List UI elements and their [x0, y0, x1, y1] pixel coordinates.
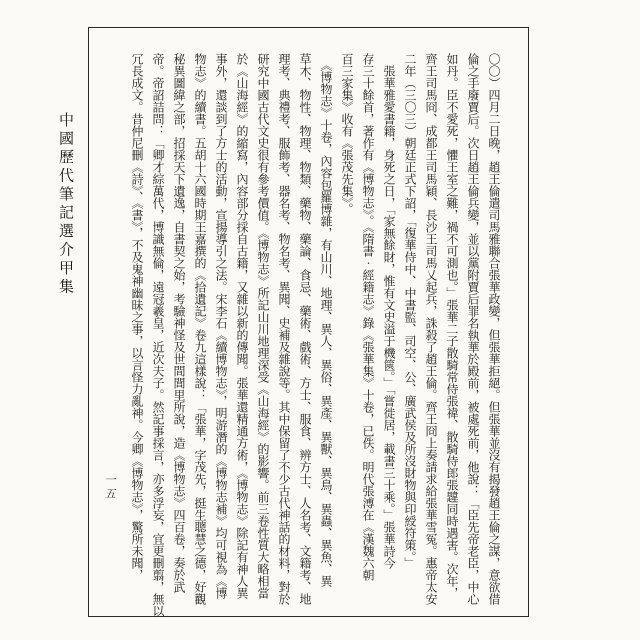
text-column: 《博物志》十卷，內容包羅博雜，有山川、地理、異人、異俗、異產、異獸、異鳥、異蟲、…	[315, 53, 336, 613]
text-column: 倫之手廢賈后。次日趙王倫兵變，並以黨附賈后罪名執華於殿前，被處死前，他說：「臣先…	[462, 53, 483, 613]
text-column: 冗長成文。昔仲尼刪《詩》、《書》，不及鬼神幽昧之事，以言怪力亂神。今卿《博物志》…	[126, 53, 147, 613]
text-column: 事外，還談到了方士的活動，宣揚導引之法。宋李石《續博物志》，明游潛的《博物志補》…	[210, 53, 231, 613]
text-column: 物志》的續書。五胡十六國時期王嘉撰的《拾遺記》卷九這樣說：「張華，字茂先，挺生聰…	[189, 53, 210, 613]
text-column: 張華雅愛書籍，身死之日，「家無餘財，惟有文史溢于機篋。」「嘗徙居，載書三十乘。」…	[378, 53, 399, 613]
text-column: 理考、典禮考、服飾考、器名考、物名考、異聞、史補及雜說等。其中保留了不少古代神話…	[273, 53, 294, 613]
text-column: 於《山海經》的縮寫，內容部分採自古籍，又雜以新的傳聞。張華還精通方術，《博物志》…	[231, 53, 252, 613]
book-title: 中國歷代筆記選介甲集	[55, 112, 76, 297]
text-column: 秘異圖緯之部，招採天下遺逸，自書契之始，考驗神怪及世間閭里所說，造《博物志》四百…	[168, 53, 189, 613]
text-column: 帝。帝詔詰問：「卿才綜萬代，博識無倫，遠冠羲皇，近次夫子。然記事採言，亦多浮妄，…	[147, 53, 168, 613]
text-column: 如丹。臣不愛死，懼王室之難，禍不可測也。」張華二子散騎常侍張禕、散騎侍郎張韙同時…	[441, 53, 462, 613]
text-column: 齊王司馬冏、成都王司馬穎、長沙王司馬乂起兵，誅殺了趙王倫。齊王冏上奏請求給張華雪…	[420, 53, 441, 613]
main-text-block: 〇〇）四月二日晚，趙王倫遣司馬雅聯合張華政變，但張華拒絕。但張華並沒有揭發趙王倫…	[126, 53, 504, 613]
page-number: 一五	[101, 474, 117, 502]
text-column: 存三十餘首，著作有《博物志》。《隋書‧經籍志》錄《張華集》十卷，已佚。明代張溥在…	[357, 53, 378, 613]
text-column: 研究中國古代文史很有參考價值。《博物志》所記山川地理深受《山海經》的影響。前三卷…	[252, 53, 273, 613]
text-column: 草木、物性、物理、物類、藥物、藥論、食忌、藥術、戲術、方士、服食、辨方士、人名考…	[294, 53, 315, 613]
text-column: 百三家集》收有《張茂先集》。	[336, 53, 357, 613]
text-column: 二年（三〇三）朝廷正式下詔，「復華侍中、中書監、司空、公、廣武侯及所沒財物與印綬…	[399, 53, 420, 613]
text-column: 〇〇）四月二日晚，趙王倫遣司馬雅聯合張華政變，但張華拒絕。但張華並沒有揭發趙王倫…	[483, 53, 504, 613]
